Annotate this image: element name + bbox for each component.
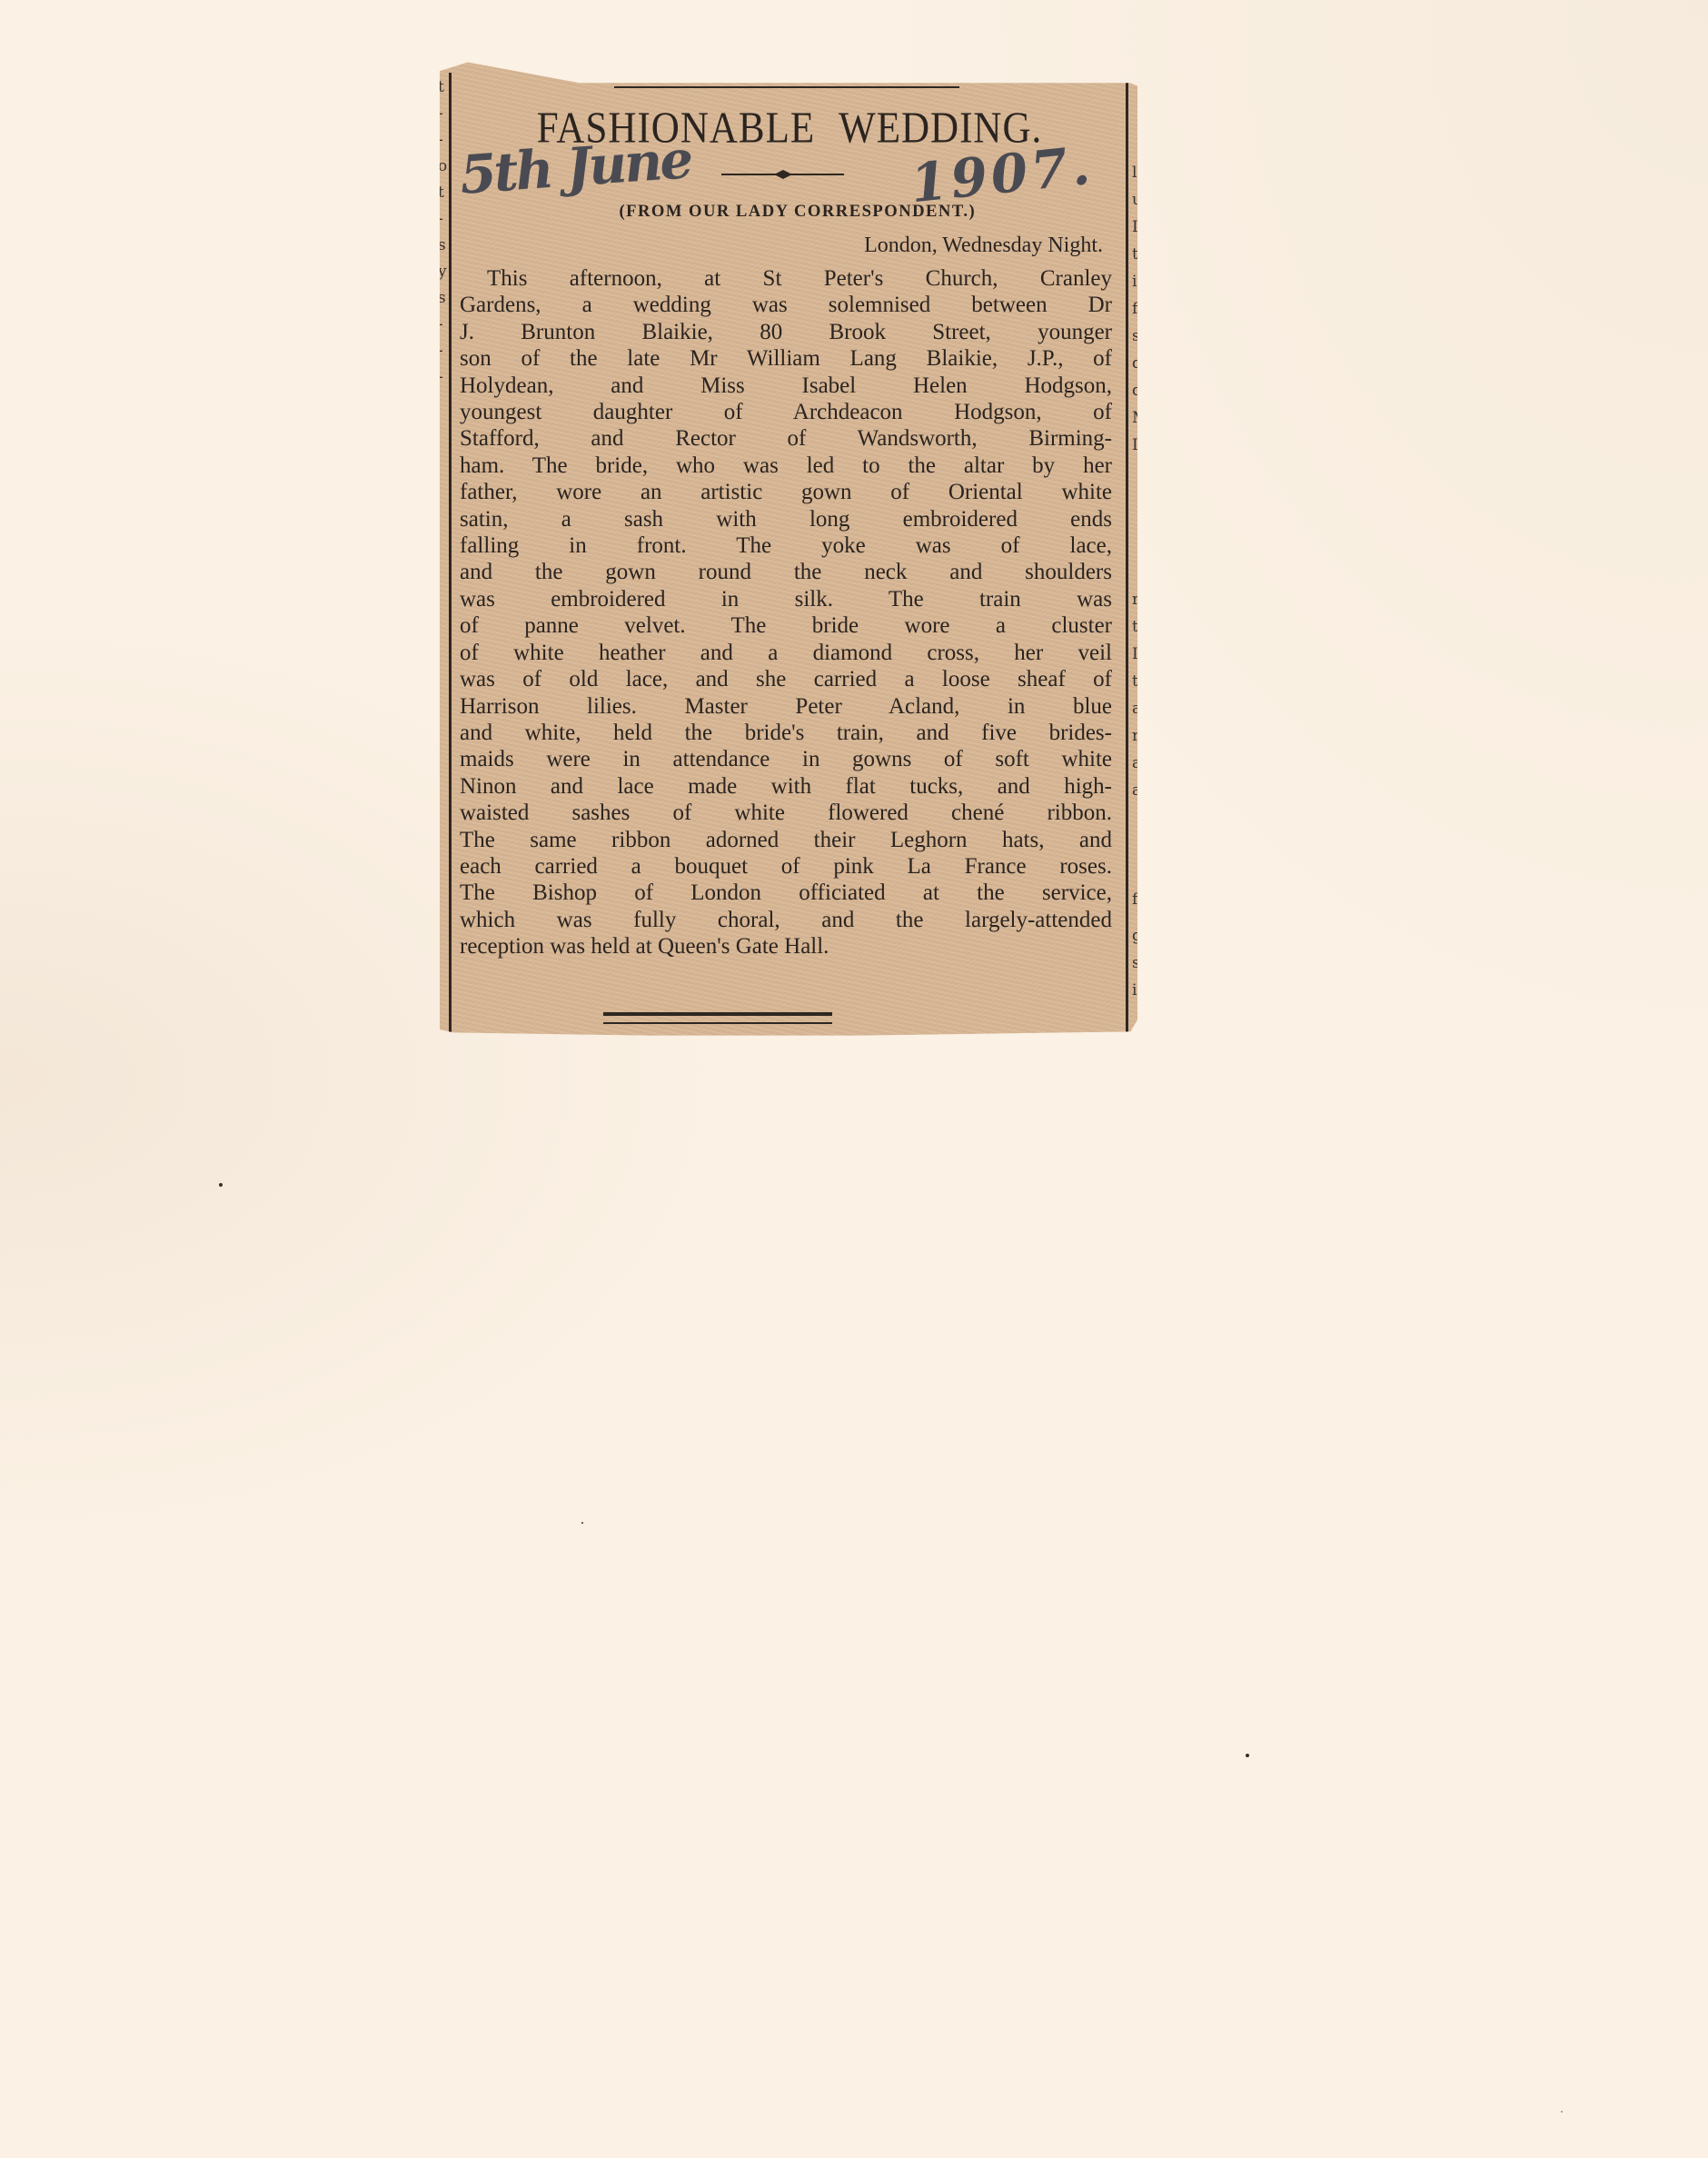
top-double-rule — [614, 76, 959, 85]
fragment-char: - — [438, 364, 449, 391]
fragment-char: d — [1132, 382, 1142, 400]
body-line: each carried a bouquet of pink La France… — [460, 853, 1112, 880]
body-line: falling in front. The yoke was of lace, — [460, 532, 1112, 559]
fragment-char: a — [1132, 700, 1141, 718]
body-line: youngest daughter of Archdeacon Hodgson,… — [460, 399, 1112, 425]
fragment-char: i — [1132, 273, 1137, 291]
fragment-char: s — [438, 233, 449, 259]
body-line: of panne velvet. The bride wore a cluste… — [460, 612, 1112, 639]
fragment-char: M — [1132, 409, 1147, 427]
fragment-char: I — [1132, 645, 1138, 663]
body-line: son of the late Mr William Lang Blaikie,… — [460, 345, 1112, 372]
body-line: The Bishop of London officiated at the s… — [460, 880, 1112, 906]
byline: (FROM OUR LADY CORRESPONDENT.) — [447, 202, 1131, 222]
fragment-char: r — [1132, 727, 1139, 745]
fragment-char: r — [1132, 591, 1139, 609]
body-line: and the gown round the neck and shoulder… — [460, 559, 1112, 585]
body-line: was embroidered in silk. The train was — [460, 586, 1112, 612]
paper-speck — [1246, 1754, 1249, 1757]
fragment-char: I — [1132, 436, 1138, 454]
fragment-char: s — [1132, 327, 1140, 345]
fragment-char: g — [1132, 927, 1142, 945]
ornamental-divider — [721, 170, 844, 179]
fragment-char: I — [1132, 218, 1138, 236]
body-line: The same ribbon adorned their Leghorn ha… — [460, 827, 1112, 853]
body-line: This afternoon, at St Peter's Church, Cr… — [460, 265, 1112, 292]
article-body: This afternoon, at St Peter's Church, Cr… — [460, 265, 1112, 960]
body-line: and white, held the bride's train, and f… — [460, 720, 1112, 746]
fragment-char: t — [1132, 618, 1138, 636]
body-line: Stafford, and Rector of Wandsworth, Birm… — [460, 425, 1112, 452]
body-line: waisted sashes of white flowered chené r… — [460, 800, 1112, 826]
paper-speck — [581, 1522, 583, 1524]
fragment-char: t — [438, 75, 449, 101]
fragment-char: - — [438, 338, 449, 364]
fragment-char: f — [1132, 890, 1137, 909]
fragment-char: o — [438, 154, 449, 180]
paper-speck — [1561, 2111, 1563, 2113]
body-line: which was fully choral, and the largely-… — [460, 907, 1112, 933]
body-line: J. Brunton Blaikie, 80 Brook Street, you… — [460, 319, 1112, 345]
body-line: of white heather and a diamond cross, he… — [460, 640, 1112, 666]
body-line: Ninon and lace made with flat tucks, and… — [460, 773, 1112, 800]
body-line: Harrison lilies. Master Peter Acland, in… — [460, 693, 1112, 720]
body-line: reception was held at Queen's Gate Hall. — [460, 933, 1112, 960]
fragment-char: d — [1132, 354, 1142, 373]
body-line: satin, a sash with long embroidered ends — [460, 506, 1112, 532]
paper-speck — [219, 1183, 223, 1187]
fragment-char: f — [1132, 300, 1137, 318]
body-line: Holydean, and Miss Isabel Helen Hodgson, — [460, 373, 1112, 399]
fragment-char: i — [1132, 981, 1137, 999]
fragment-char: y — [438, 259, 449, 285]
fragment-char: u — [1132, 191, 1142, 209]
bottom-double-rule — [603, 1012, 832, 1021]
body-line: ham. The bride, who was led to the altar… — [460, 452, 1112, 479]
fragment-char: s — [1132, 954, 1140, 972]
dateline: London, Wednesday Night. — [864, 234, 1103, 258]
body-line: was of old lace, and she carried a loose… — [460, 666, 1112, 692]
fragment-char: t — [1132, 245, 1138, 264]
fragment-char: - — [438, 312, 449, 338]
body-line: Gardens, a wedding was solemnised betwee… — [460, 292, 1112, 318]
fragment-char: t — [1132, 672, 1138, 691]
newspaper-clipping: t - - o t - s y s - - - l u I t i f s d … — [440, 56, 1137, 1039]
fragment-char: a — [1132, 781, 1141, 800]
fragment-char: a — [1132, 754, 1141, 772]
body-line: father, wore an artistic gown of Orienta… — [460, 479, 1112, 505]
body-line: maids were in attendance in gowns of sof… — [460, 746, 1112, 772]
fragment-char: s — [438, 285, 449, 312]
fragment-char: l — [1132, 164, 1137, 182]
